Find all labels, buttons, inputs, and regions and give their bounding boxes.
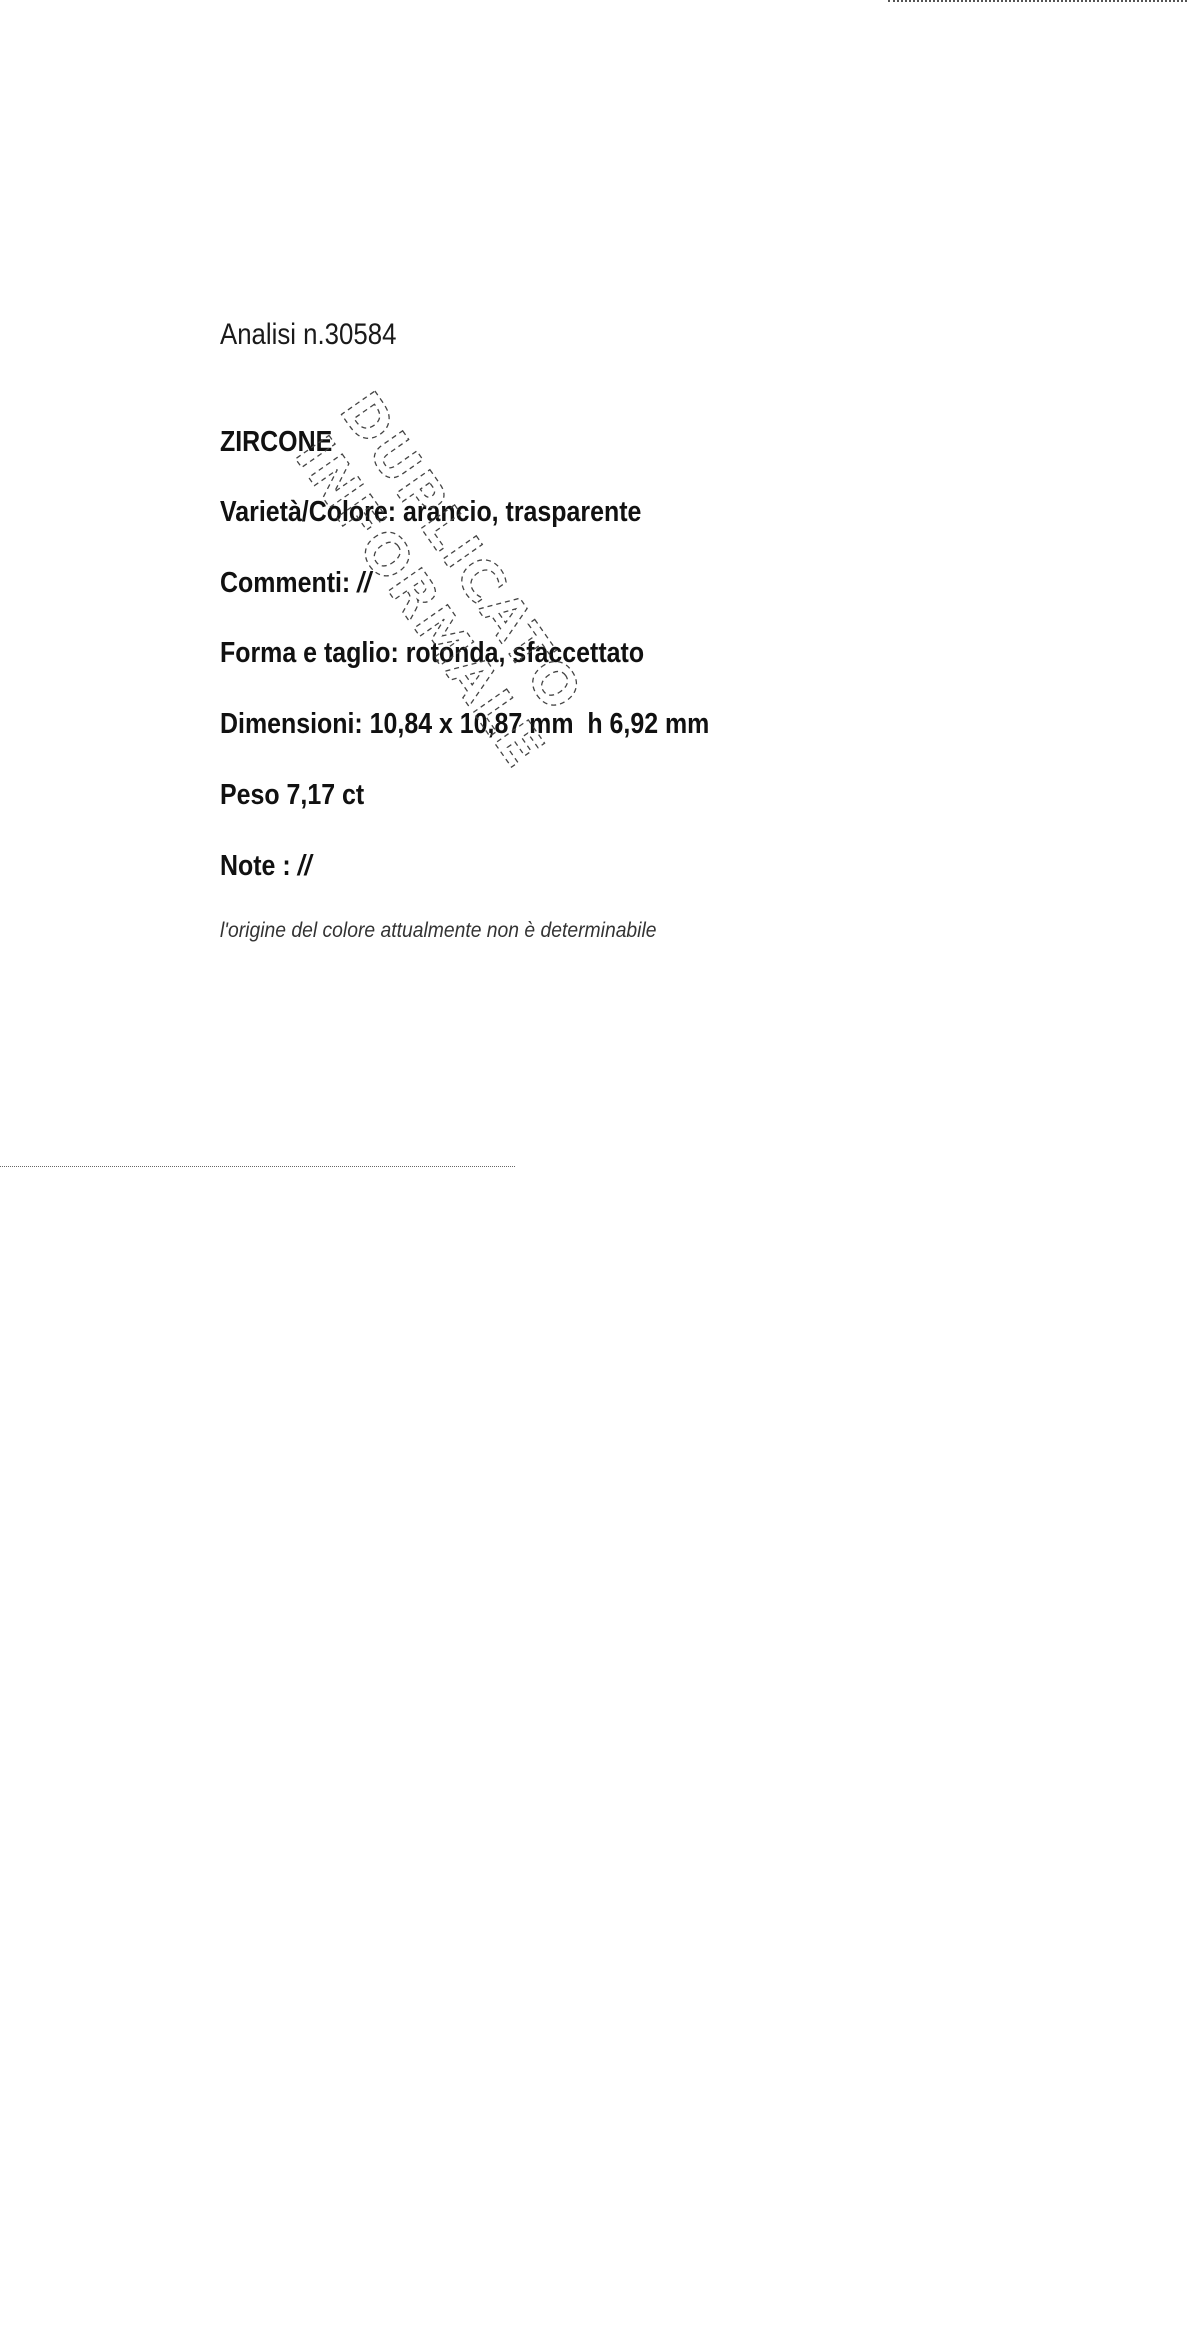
field-value: // — [298, 850, 312, 882]
field-label: Varietà/Colore: — [220, 496, 396, 528]
field-comments: Commenti: // — [220, 569, 371, 598]
color-origin-footnote: l'origine del colore attualmente non è d… — [220, 920, 657, 941]
field-dimensions: Dimensioni: 10,84 x 10,87 mm h 6,92 mm — [220, 710, 709, 739]
field-weight: Peso 7,17 ct — [220, 781, 364, 810]
field-label: Peso — [220, 779, 280, 811]
field-variety-color: Varietà/Colore: arancio, trasparente — [220, 498, 641, 527]
field-value: arancio, trasparente — [403, 496, 641, 528]
scan-edge-line-top — [888, 0, 1187, 2]
field-value: 10,84 x 10,87 mm h 6,92 mm — [370, 708, 710, 740]
field-label: Commenti: — [220, 567, 350, 599]
field-value: rotonda, sfaccettato — [406, 637, 644, 669]
field-shape-cut: Forma e taglio: rotonda, sfaccettato — [220, 639, 644, 668]
field-label: Dimensioni: — [220, 708, 363, 740]
field-value: // — [357, 567, 371, 599]
field-label: Forma e taglio: — [220, 637, 399, 669]
analysis-number: Analisi n.30584 — [220, 320, 396, 350]
field-label: Note : — [220, 850, 291, 882]
field-notes: Note : // — [220, 852, 311, 881]
field-value: 7,17 ct — [287, 779, 365, 811]
scan-fold-line — [0, 1166, 515, 1167]
gem-name: ZIRCONE — [220, 428, 332, 457]
watermark-line-1: DUPLICATO — [327, 381, 594, 724]
